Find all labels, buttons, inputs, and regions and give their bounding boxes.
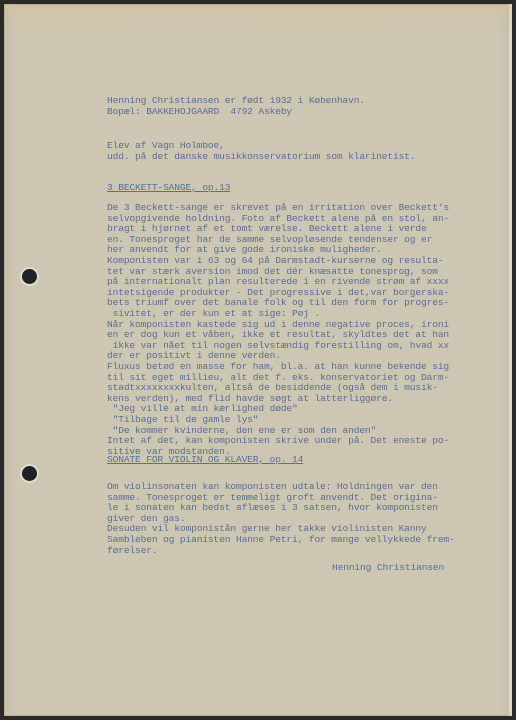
education-line-2: udd. på det danske musikkonservatorium s… — [107, 152, 415, 163]
header-line-2: Bopæl: BAKKEHOJGAARD 4792 Askeby — [107, 107, 292, 118]
text-line: Fluxus betød en masse for ham, bl.a. at … — [107, 362, 449, 373]
text-line: Komponisten var i 63 og 64 på Darmstadt-… — [107, 256, 443, 267]
section-heading-beckett: 3 BECKETT-SANGE, op.13 — [107, 183, 230, 194]
page-edge — [509, 4, 512, 716]
typewritten-page: Henning Christiansen er født 1932 i Købe… — [4, 4, 512, 716]
education-line-1: Elev af Vagn Holmboe, — [107, 141, 225, 152]
text-line: Om violinsonaten kan komponisten udtale:… — [107, 482, 438, 493]
text-line: sivitet, er der kun et at sige: Pøj . — [107, 309, 320, 320]
signature: Henning Christiansen — [332, 563, 444, 574]
punch-hole-lower — [22, 466, 37, 481]
text-line: De 3 Beckett-sange er skrevet på en irri… — [107, 203, 449, 214]
text-line: "Tilbage til de gamle lys" — [107, 415, 258, 426]
text-line: Sambleben og pianisten Hanne Petri, for … — [107, 535, 455, 546]
document-body: Henning Christiansen er født 1932 i Købe… — [107, 4, 502, 184]
section-heading-sonata: SONATE FOR VIOLIN OG KLAVER, op. 14 — [107, 455, 303, 466]
punch-hole-upper — [22, 269, 37, 284]
text-line: førelser. — [107, 546, 157, 557]
header-line-1: Henning Christiansen er født 1932 i Købe… — [107, 96, 365, 107]
